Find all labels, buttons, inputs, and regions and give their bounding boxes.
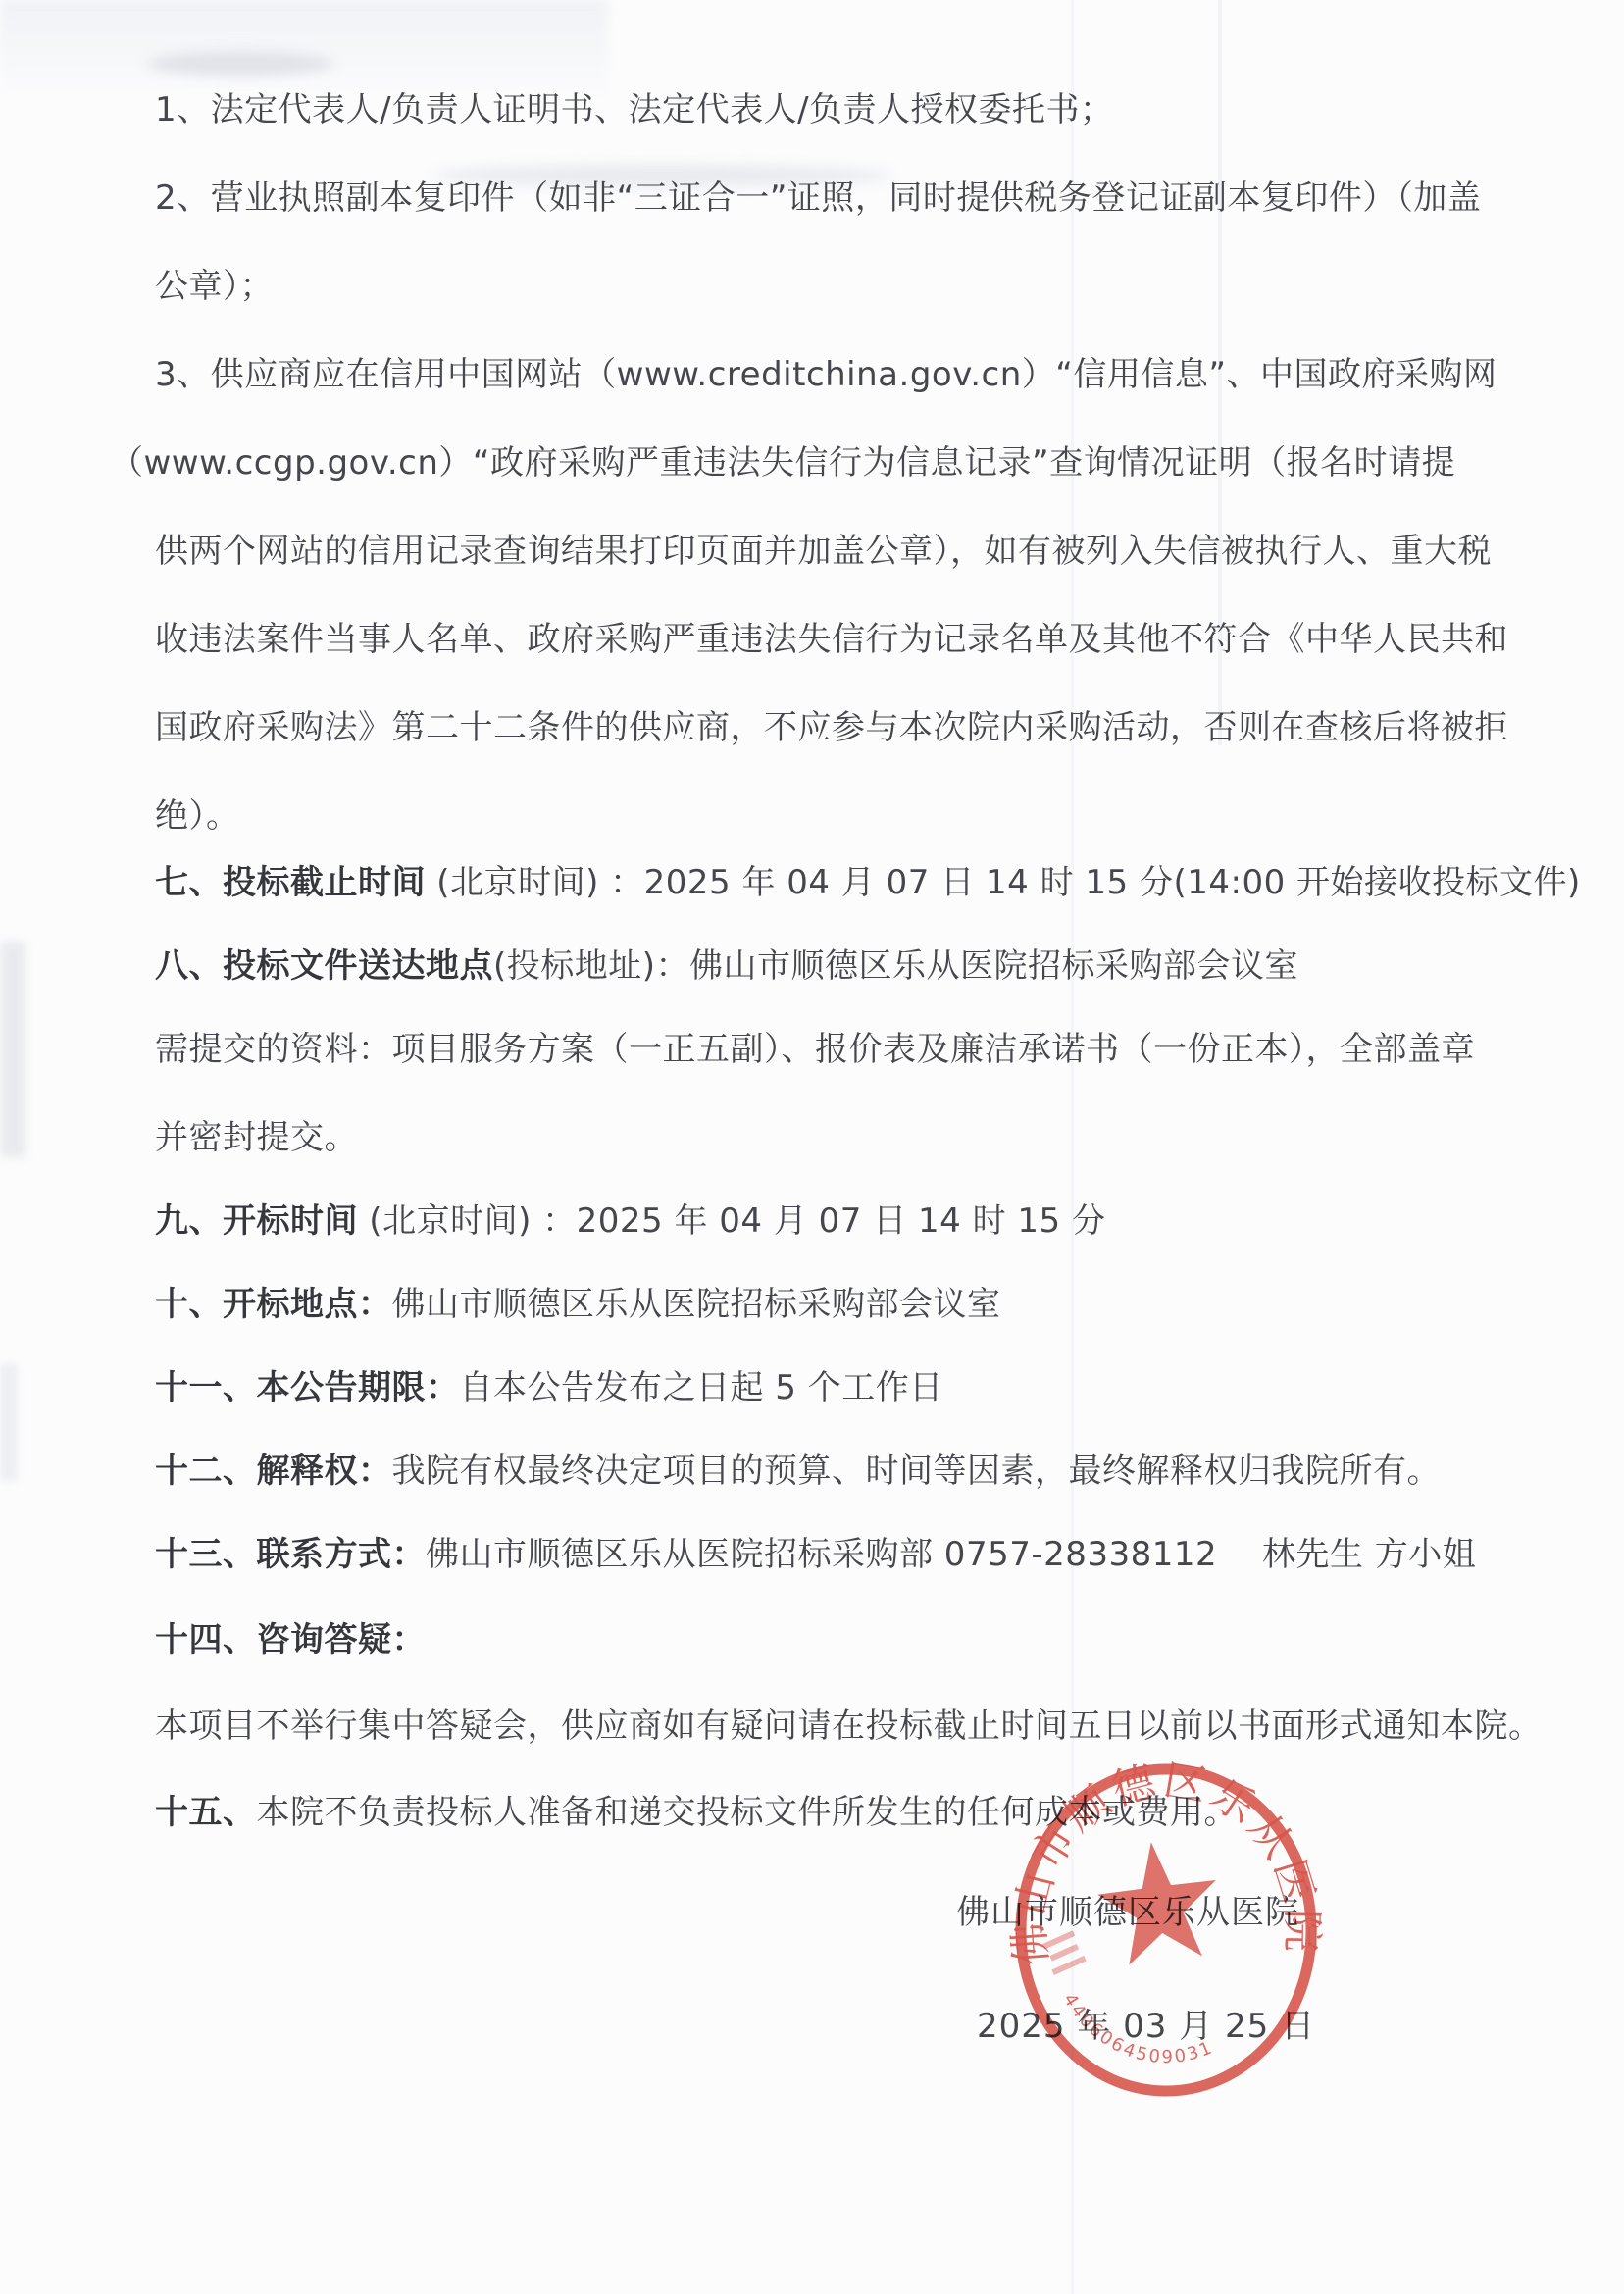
line-text-segment: 绝）。 <box>155 796 240 836</box>
line-text-segment: 我院有权最终决定项目的预算、时间等因素，最终解释权归我院所有。 <box>392 1452 1442 1491</box>
line-text-segment: (投标地址)：佛山市顺德区乐从医院招标采购部会议室 <box>493 946 1298 986</box>
document-line: 国政府采购法》第二十二条件的供应商，不应参与本次院内采购活动，否则在查核后将被拒 <box>155 706 1508 749</box>
document-line: 供两个网站的信用记录查询结果打印页面并加盖公章），如有被列入失信被执行人、重大税 <box>155 530 1492 573</box>
document-line: 十四、咨询答疑： <box>155 1618 426 1661</box>
official-stamp: 佛山市顺德区乐从医院 4406064509031 <box>999 1744 1333 2116</box>
document-line: 十一、本公告期限：自本公告发布之日起 5 个工作日 <box>155 1366 943 1409</box>
document-line: 九、开标时间 (北京时间) ：2025 年 04 月 07 日 14 时 15 … <box>155 1199 1106 1243</box>
line-text-segment: 并密封提交。 <box>155 1118 358 1157</box>
scanned-document-page: 1、法定代表人/负责人证明书、法定代表人/负责人授权委托书；2、营业执照副本复印… <box>0 0 1624 2294</box>
line-heading-segment: 十四、咨询答疑： <box>155 1620 426 1659</box>
line-text-segment: 佛山市顺德区乐从医院招标采购部 0757-28338112 林先生 方小姐 <box>426 1535 1476 1574</box>
line-heading-segment: 十二、解释权： <box>155 1452 392 1491</box>
document-line: 2、营业执照副本复印件（如非“三证合一”证照，同时提供税务登记证副本复印件）（加… <box>155 177 1481 220</box>
line-heading-segment: 九、开标时间 <box>155 1201 358 1241</box>
document-line: 需提交的资料：项目服务方案（一正五副）、报价表及廉洁承诺书（一份正本），全部盖章 <box>155 1028 1475 1071</box>
document-line: 收违法案件当事人名单、政府采购严重违法失信行为记录名单及其他不符合《中华人民共和 <box>155 618 1508 661</box>
document-line: 十、开标地点：佛山市顺德区乐从医院招标采购部会议室 <box>155 1283 1001 1326</box>
line-text-segment: 2、营业执照副本复印件（如非“三证合一”证照，同时提供税务登记证副本复印件）（加… <box>155 178 1481 218</box>
document-line: 十三、联系方式：佛山市顺德区乐从医院招标采购部 0757-28338112 林先… <box>155 1533 1476 1576</box>
document-line: 绝）。 <box>155 794 240 838</box>
line-heading-segment: 八、投标文件送达地点 <box>155 946 493 986</box>
scan-smudge <box>0 942 25 1157</box>
star-icon <box>1091 1835 1225 1968</box>
line-heading-segment: 七、投标截止时间 <box>155 863 426 902</box>
document-line: 八、投标文件送达地点(投标地址)：佛山市顺德区乐从医院招标采购部会议室 <box>155 944 1298 988</box>
scan-smudge <box>147 51 333 76</box>
document-line: 并密封提交。 <box>155 1116 358 1159</box>
line-text-segment: 自本公告发布之日起 5 个工作日 <box>460 1368 943 1407</box>
line-heading-segment: 十一、本公告期限： <box>155 1368 460 1407</box>
line-heading-segment: 十三、联系方式： <box>155 1535 426 1574</box>
line-text-segment: 3、供应商应在信用中国网站（www.creditchina.gov.cn）“信用… <box>155 355 1497 394</box>
document-line: 十二、解释权：我院有权最终决定项目的预算、时间等因素，最终解释权归我院所有。 <box>155 1450 1441 1493</box>
document-line: 3、供应商应在信用中国网站（www.creditchina.gov.cn）“信用… <box>155 353 1497 396</box>
line-text-segment: （www.ccgp.gov.cn）“政府采购严重违法失信行为信息记录”查询情况证… <box>110 443 1455 483</box>
line-text-segment: 国政府采购法》第二十二条件的供应商，不应参与本次院内采购活动，否则在查核后将被拒 <box>155 708 1508 747</box>
document-line: 本项目不举行集中答疑会，供应商如有疑问请在投标截止时间五日以前以书面形式通知本院… <box>155 1705 1543 1748</box>
line-heading-segment: 十、开标地点： <box>155 1285 392 1324</box>
line-text-segment: 供两个网站的信用记录查询结果打印页面并加盖公章），如有被列入失信被执行人、重大税 <box>155 532 1492 571</box>
line-text-segment: 需提交的资料：项目服务方案（一正五副）、报价表及廉洁承诺书（一份正本），全部盖章 <box>155 1030 1475 1069</box>
document-line: 七、投标截止时间 (北京时间) ：2025 年 04 月 07 日 14 时 1… <box>155 861 1581 904</box>
document-line: 1、法定代表人/负责人证明书、法定代表人/负责人授权委托书； <box>155 88 1114 131</box>
document-line: （www.ccgp.gov.cn）“政府采购严重违法失信行为信息记录”查询情况证… <box>110 441 1455 484</box>
scan-smudge <box>0 1363 18 1481</box>
line-text-segment: 公章）； <box>155 267 274 306</box>
line-text-segment: (北京时间) ：2025 年 04 月 07 日 14 时 15 分 <box>358 1201 1106 1241</box>
line-text-segment: 佛山市顺德区乐从医院招标采购部会议室 <box>392 1285 1001 1324</box>
line-text-segment: 本项目不举行集中答疑会，供应商如有疑问请在投标截止时间五日以前以书面形式通知本院… <box>155 1707 1543 1746</box>
line-text-segment: 1、法定代表人/负责人证明书、法定代表人/负责人授权委托书； <box>155 90 1114 129</box>
document-line: 公章）； <box>155 265 274 308</box>
line-text-segment: 收违法案件当事人名单、政府采购严重违法失信行为记录名单及其他不符合《中华人民共和 <box>155 620 1508 659</box>
line-text-segment: (北京时间) ：2025 年 04 月 07 日 14 时 15 分(14:00… <box>426 863 1581 902</box>
stamp-org-text: 佛山市顺德区乐从医院 <box>1005 1756 1327 1966</box>
line-heading-segment: 十五、 <box>155 1793 257 1832</box>
